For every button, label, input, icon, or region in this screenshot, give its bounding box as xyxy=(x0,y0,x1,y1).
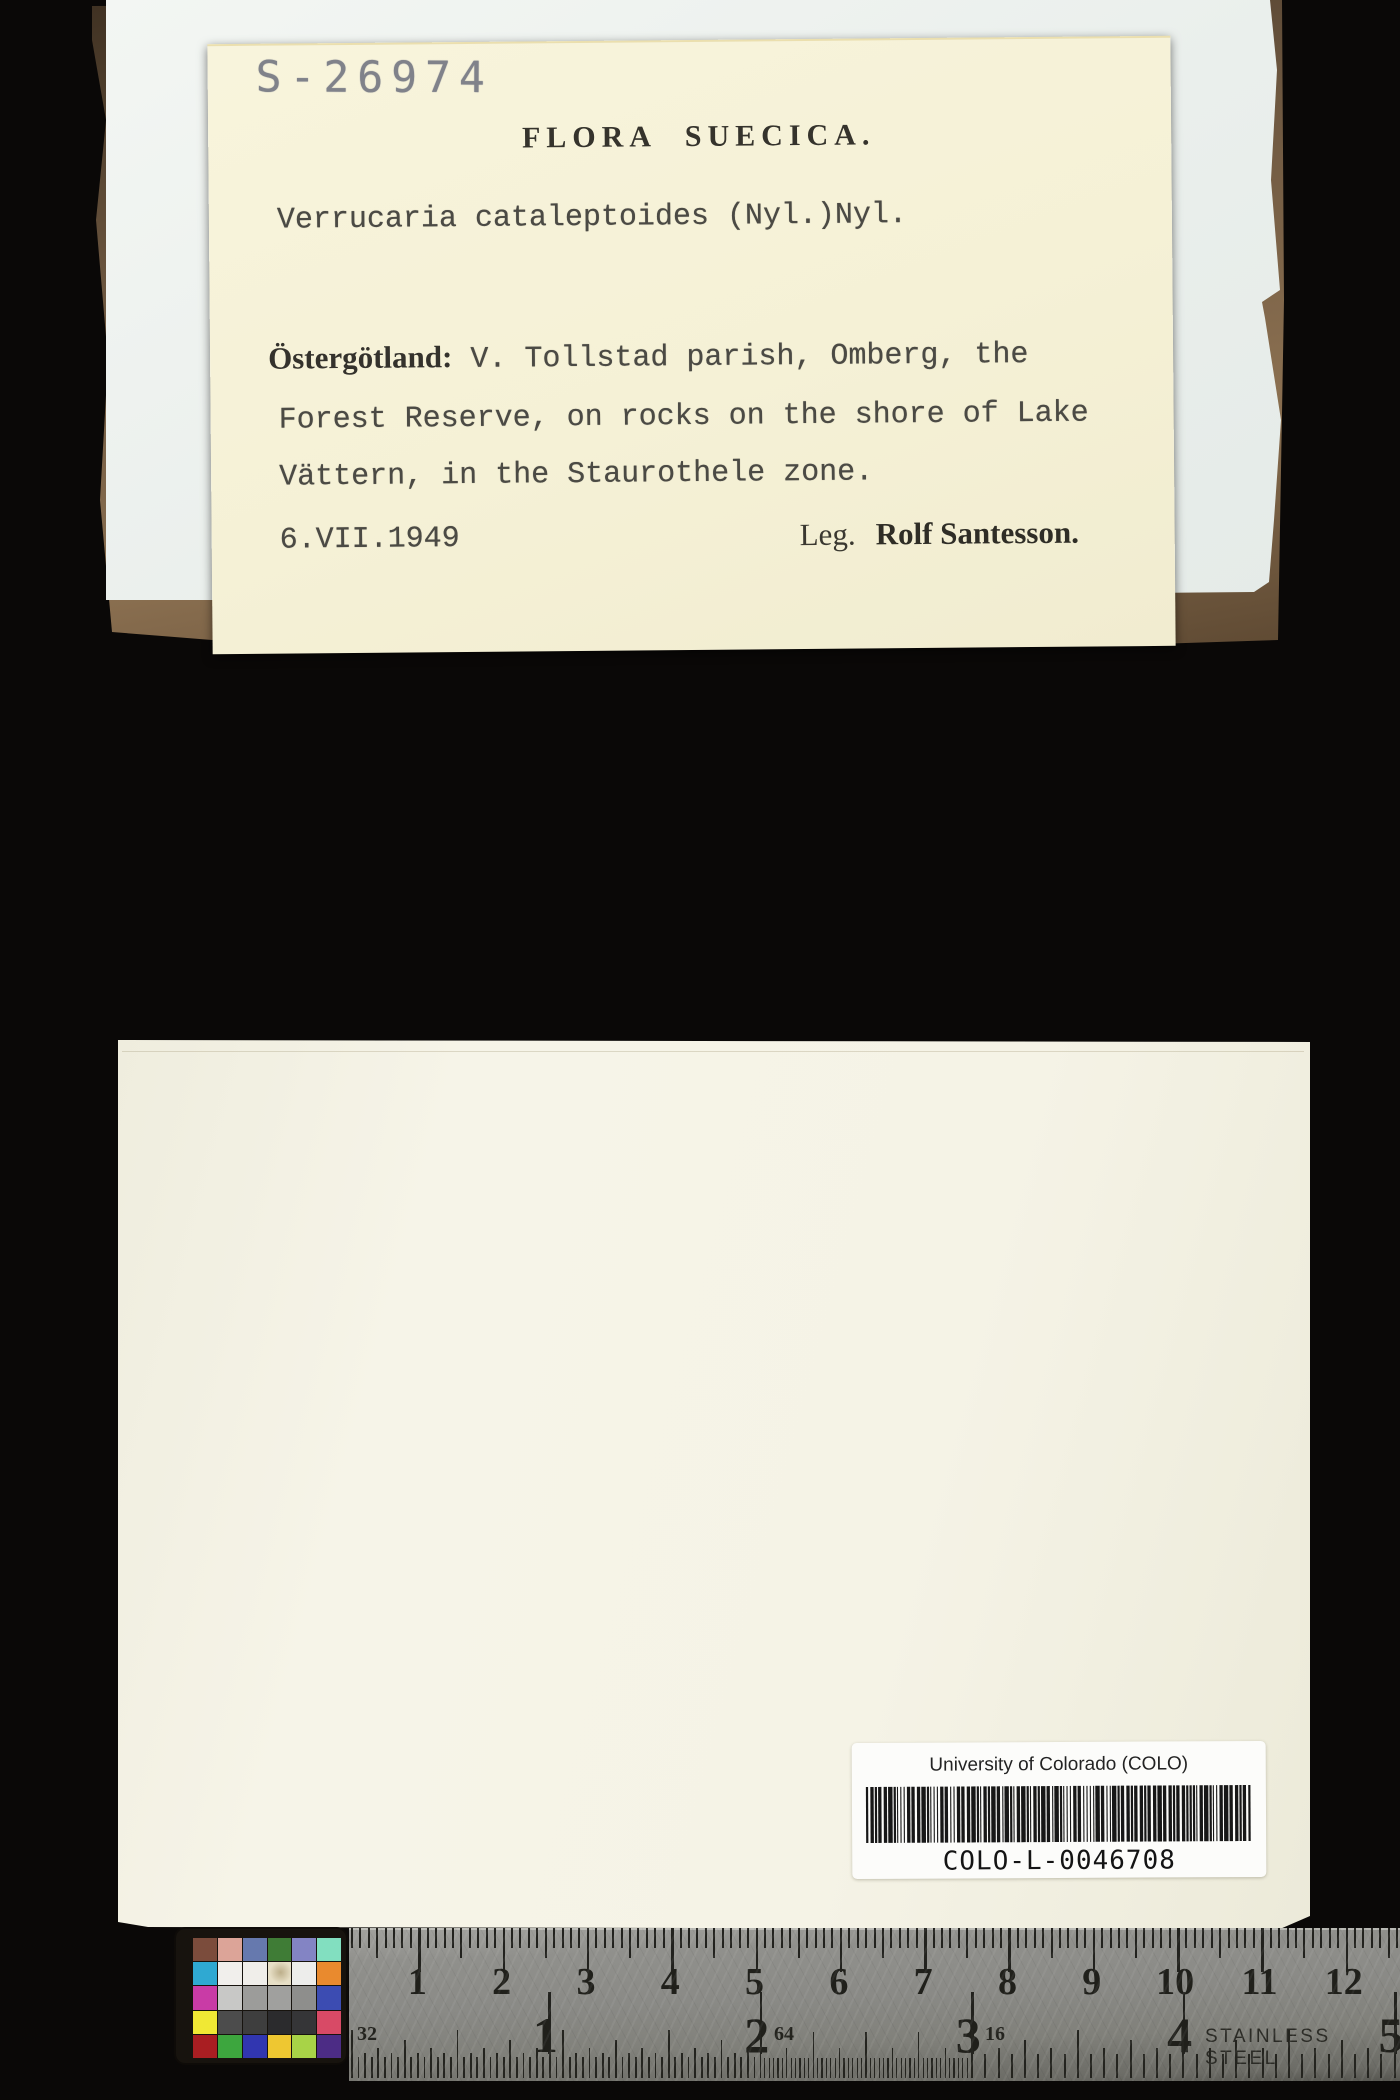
barcode-bar xyxy=(1112,1786,1116,1842)
mm-tick xyxy=(376,1928,378,1958)
mm-tick xyxy=(1320,1928,1322,1948)
barcode-bar xyxy=(1038,1786,1040,1842)
mm-tick xyxy=(410,1928,412,1948)
fraction-tick xyxy=(529,2057,531,2078)
fraction-tick xyxy=(615,2040,617,2078)
barcode-bar xyxy=(972,1786,976,1842)
mm-tick xyxy=(351,1928,353,1948)
barcode-bar xyxy=(1248,1785,1251,1841)
mm-tick xyxy=(1110,1928,1112,1948)
inch-number: 3 xyxy=(956,2006,981,2064)
fraction-tick xyxy=(914,2058,915,2078)
barcode-bar xyxy=(878,1787,882,1843)
fraction-tick xyxy=(769,2058,770,2078)
fraction-tick xyxy=(1011,2054,1013,2078)
cm-number: 12 xyxy=(1325,1960,1363,2004)
mm-tick xyxy=(705,1928,707,1948)
barcode-bar xyxy=(1190,1785,1192,1841)
fraction-tick xyxy=(1064,2054,1066,2078)
mm-tick xyxy=(393,1928,395,1948)
fraction-tick xyxy=(1024,2040,1026,2078)
color-swatch xyxy=(243,1962,267,1985)
color-swatch xyxy=(193,1962,217,1985)
barcode-bar xyxy=(1144,1786,1146,1842)
barcode-bar xyxy=(1224,1785,1228,1841)
mm-tick xyxy=(1329,1928,1331,1948)
fraction-tick xyxy=(1156,2048,1158,2078)
mm-tick xyxy=(578,1928,580,1948)
fraction-tick xyxy=(1116,2054,1118,2078)
mm-tick xyxy=(1354,1928,1356,1948)
fraction-tick xyxy=(1090,2054,1092,2078)
barcode-bar xyxy=(933,1787,935,1843)
barcode-bar xyxy=(903,1787,905,1843)
fraction-tick xyxy=(949,2058,950,2078)
barcode-bar xyxy=(1027,1786,1029,1842)
mm-tick xyxy=(444,1928,446,1948)
locality-block: Östergötland:V. Tollstad parish, Omberg,… xyxy=(268,323,1090,507)
barcode-bar xyxy=(1096,1786,1100,1842)
fraction-tick xyxy=(470,2053,472,2078)
barcode xyxy=(866,1785,1294,1843)
fraction-tick xyxy=(509,2040,511,2078)
barcode-bar xyxy=(1069,1786,1071,1842)
locality-text-1: V. Tollstad parish, Omberg, the xyxy=(470,338,1028,377)
fraction-tick xyxy=(569,2057,571,2078)
fraction-tick xyxy=(1380,2054,1382,2078)
fraction-tick xyxy=(1275,2054,1277,2078)
barcode-bar xyxy=(922,1787,926,1843)
mm-tick xyxy=(1287,1928,1289,1948)
fraction-tick xyxy=(424,2057,426,2078)
color-swatch xyxy=(193,1986,217,2009)
mm-tick xyxy=(815,1928,817,1948)
barcode-bar xyxy=(1229,1785,1233,1841)
barcode-bar xyxy=(1083,1786,1085,1842)
fraction-tick xyxy=(848,2058,849,2078)
barcode-bar xyxy=(1109,1786,1111,1842)
fraction-tick xyxy=(523,2053,525,2078)
mm-tick xyxy=(747,1928,749,1948)
fraction-tick xyxy=(826,2058,827,2078)
fraction-tick xyxy=(883,2058,884,2078)
mm-tick xyxy=(486,1928,488,1948)
fraction-tick xyxy=(404,2040,406,2078)
mm-tick xyxy=(1219,1928,1221,1958)
fraction-tick xyxy=(457,2030,459,2078)
barcode-bar xyxy=(1240,1785,1242,1841)
barcode-bar xyxy=(930,1787,932,1843)
fraction-tick xyxy=(1248,2054,1250,2078)
mm-tick xyxy=(469,1928,471,1948)
barcode-bar xyxy=(1139,1786,1143,1842)
fraction-tick xyxy=(967,2058,968,2078)
mm-tick xyxy=(1295,1928,1297,1948)
barcode-bar xyxy=(988,1786,990,1842)
mm-tick xyxy=(713,1928,715,1958)
mm-tick xyxy=(823,1928,825,1948)
barcode-bar xyxy=(1063,1786,1065,1842)
fraction-tick xyxy=(602,2053,604,2078)
color-swatch xyxy=(243,1938,267,1961)
color-swatch xyxy=(243,2011,267,2034)
barcode-bar xyxy=(1204,1785,1208,1841)
fraction-tick xyxy=(589,2048,591,2078)
mm-tick xyxy=(477,1928,479,1948)
barcode-bar xyxy=(961,1786,965,1842)
barcode-bar xyxy=(1041,1786,1045,1842)
institution-name: University of Colorado (COLO) xyxy=(852,1753,1266,1777)
province-label: Östergötland: xyxy=(268,339,453,376)
color-swatch xyxy=(317,1962,341,1985)
barcode-bar xyxy=(1163,1785,1167,1841)
fraction-tick xyxy=(813,2032,814,2078)
mm-tick xyxy=(494,1928,496,1948)
mm-tick xyxy=(907,1928,909,1948)
barcode-bar xyxy=(940,1787,944,1843)
fraction-tick xyxy=(839,2048,840,2078)
mm-tick xyxy=(680,1928,682,1948)
mm-tick xyxy=(612,1928,614,1948)
barcode-bar xyxy=(1147,1786,1151,1842)
fraction-tick xyxy=(791,2058,792,2078)
fraction-tick xyxy=(936,2058,937,2078)
barcode-bar xyxy=(945,1787,949,1843)
fraction-tick xyxy=(655,2053,657,2078)
mm-tick xyxy=(975,1928,977,1948)
fraction-tick xyxy=(984,2054,986,2078)
barcode-bar xyxy=(1121,1786,1125,1842)
mm-tick xyxy=(536,1928,538,1948)
fraction-tick xyxy=(490,2057,492,2078)
fraction-tick xyxy=(377,2048,379,2078)
barcode-bar xyxy=(1216,1785,1218,1841)
fraction-tick xyxy=(962,2058,963,2078)
fraction-tick xyxy=(1130,2040,1132,2078)
mm-tick xyxy=(806,1928,808,1948)
mm-tick xyxy=(772,1928,774,1948)
mm-tick xyxy=(831,1928,833,1948)
barcode-bar xyxy=(1158,1785,1162,1841)
color-calibration-chart xyxy=(176,1929,346,2063)
barcode-bar xyxy=(894,1787,896,1843)
barcode-bar xyxy=(900,1787,902,1843)
color-swatch xyxy=(218,1938,242,1961)
fraction-tick xyxy=(674,2057,676,2078)
fraction-tick xyxy=(795,2058,796,2078)
mm-tick xyxy=(604,1928,606,1948)
barcode-bar xyxy=(1060,1786,1062,1842)
mm-tick xyxy=(781,1928,783,1948)
fraction-tick xyxy=(397,2057,399,2078)
cm-number: 6 xyxy=(829,1960,848,2004)
mm-tick xyxy=(1303,1928,1305,1958)
mm-tick xyxy=(1379,1928,1381,1948)
mm-tick xyxy=(916,1928,918,1948)
barcode-bar xyxy=(1219,1785,1223,1841)
cm-number: 7 xyxy=(914,1960,933,2004)
fraction-tick xyxy=(384,2057,386,2078)
fraction-tick xyxy=(1077,2030,1079,2078)
mm-tick xyxy=(958,1928,960,1948)
fraction-tick xyxy=(971,2030,973,2078)
fraction-tick xyxy=(870,2058,871,2078)
barcode-bar xyxy=(927,1787,929,1843)
mm-tick xyxy=(882,1928,884,1958)
fraction-tick xyxy=(1235,2040,1237,2078)
mm-tick xyxy=(1169,1928,1171,1948)
cm-number: 9 xyxy=(1082,1960,1101,2004)
mm-tick xyxy=(1270,1928,1272,1948)
color-swatch xyxy=(292,1962,316,1985)
fraction-tick xyxy=(896,2058,897,2078)
label-title: FLORA SUECICA. xyxy=(217,116,1180,158)
color-swatch xyxy=(292,2011,316,2034)
mm-tick xyxy=(1135,1928,1137,1958)
mm-tick xyxy=(1143,1928,1145,1948)
cm-number: 10 xyxy=(1156,1960,1194,2004)
fraction-tick xyxy=(998,2048,1000,2078)
fraction-tick xyxy=(857,2058,858,2078)
fraction-tick xyxy=(764,2058,765,2078)
mm-tick xyxy=(1396,1928,1398,1948)
mm-tick xyxy=(1278,1928,1280,1948)
fraction-tick xyxy=(575,2053,577,2078)
fraction-tick xyxy=(1182,2030,1184,2078)
mm-tick xyxy=(1244,1928,1246,1948)
fraction-tick xyxy=(1196,2054,1198,2078)
mm-tick xyxy=(1362,1928,1364,1948)
mm-tick xyxy=(857,1928,859,1948)
specimen-photo-stage: S-26974 FLORA SUECICA. Verrucaria catale… xyxy=(0,0,1400,2100)
mm-tick xyxy=(949,1928,951,1948)
mm-tick xyxy=(1000,1928,1002,1948)
mm-tick xyxy=(545,1928,547,1958)
species-name: Verrucaria cataleptoides (Nyl.)Nyl. xyxy=(277,198,907,237)
fraction-tick xyxy=(1262,2048,1264,2078)
fraction-tick xyxy=(556,2057,558,2078)
fraction-tick xyxy=(760,2032,761,2078)
barcode-bar xyxy=(1126,1786,1130,1842)
fraction-tick xyxy=(503,2057,505,2078)
fraction-tick xyxy=(1367,2048,1369,2078)
fraction-tick xyxy=(417,2053,419,2078)
barcode-bar xyxy=(936,1787,938,1843)
fraction-tick xyxy=(861,2058,862,2078)
mm-tick xyxy=(385,1928,387,1948)
barcode-bar xyxy=(897,1787,899,1843)
mm-tick xyxy=(1025,1928,1027,1948)
barcode-bar xyxy=(1052,1786,1054,1842)
barcode-bar xyxy=(917,1787,921,1843)
barcode-bar xyxy=(1186,1785,1188,1841)
mm-tick xyxy=(865,1928,867,1948)
fraction-tick xyxy=(953,2058,954,2078)
fraction-tick xyxy=(582,2057,584,2078)
fraction-tick xyxy=(865,2032,866,2078)
color-swatch xyxy=(268,1986,292,2009)
fraction-tick xyxy=(483,2048,485,2078)
color-swatch xyxy=(317,1986,341,2009)
mm-tick xyxy=(595,1928,597,1948)
fraction-tick xyxy=(707,2053,709,2078)
mm-tick xyxy=(899,1928,901,1948)
fraction-tick xyxy=(918,2032,919,2078)
barcode-bar xyxy=(1086,1786,1088,1842)
barcode-bar xyxy=(977,1786,979,1842)
barcode-bar xyxy=(906,1787,910,1843)
mm-tick xyxy=(1017,1928,1019,1948)
fraction-tick xyxy=(1143,2054,1145,2078)
fraction-tick xyxy=(648,2057,650,2078)
fraction-tick xyxy=(516,2057,518,2078)
barcode-bar xyxy=(1093,1786,1095,1842)
color-swatch xyxy=(317,2035,341,2058)
mm-tick xyxy=(435,1928,437,1948)
mm-tick xyxy=(1034,1928,1036,1948)
barcode-bar xyxy=(1078,1786,1082,1842)
color-swatch xyxy=(268,2035,292,2058)
fraction-label-16: 16 xyxy=(985,2023,1005,2046)
fraction-tick xyxy=(701,2057,703,2078)
mm-tick xyxy=(1051,1928,1053,1958)
barcode-bar xyxy=(1073,1786,1077,1842)
fraction-tick xyxy=(1222,2054,1224,2078)
mm-tick xyxy=(1388,1928,1390,1958)
color-swatch xyxy=(243,2035,267,2058)
mm-tick xyxy=(452,1928,454,1948)
fraction-tick xyxy=(909,2058,910,2078)
fraction-tick xyxy=(496,2053,498,2078)
fraction-tick xyxy=(437,2057,439,2078)
barcode-bar xyxy=(997,1786,1001,1842)
mm-tick xyxy=(874,1928,876,1948)
barcode-bar xyxy=(1106,1786,1108,1842)
fraction-tick xyxy=(391,2053,393,2078)
mm-tick xyxy=(1101,1928,1103,1948)
mm-tick xyxy=(696,1928,698,1948)
locality-line-2: Forest Reserve, on rocks on the shore of… xyxy=(278,386,1089,450)
color-swatch xyxy=(218,2035,242,2058)
fraction-tick xyxy=(754,2057,756,2078)
fraction-tick xyxy=(351,2030,353,2078)
fraction-tick xyxy=(1209,2048,1211,2078)
collector-row: Leg.Rolf Santesson. xyxy=(800,515,1080,553)
color-swatch xyxy=(292,1986,316,2009)
mm-tick xyxy=(1337,1928,1339,1948)
mm-tick xyxy=(511,1928,513,1948)
mm-tick xyxy=(1236,1928,1238,1948)
fraction-tick xyxy=(821,2058,822,2078)
fraction-tick xyxy=(777,2058,778,2078)
color-swatch xyxy=(292,1938,316,1961)
fraction-tick xyxy=(714,2057,716,2078)
fraction-tick xyxy=(450,2057,452,2078)
barcode-bar xyxy=(1016,1786,1020,1842)
collection-date: 6.VII.1949 xyxy=(280,522,460,558)
fraction-tick xyxy=(734,2053,736,2078)
barcode-bar xyxy=(1234,1785,1238,1841)
fraction-tick xyxy=(1314,2048,1316,2078)
fraction-tick xyxy=(747,2048,749,2078)
mm-tick xyxy=(460,1928,462,1958)
fraction-tick xyxy=(536,2048,538,2078)
barcode-bar xyxy=(1168,1785,1172,1841)
barcode-bar xyxy=(991,1786,995,1842)
cm-number: 2 xyxy=(492,1960,511,2004)
fraction-tick xyxy=(1328,2054,1330,2078)
barcode-bar xyxy=(1002,1786,1004,1842)
barcode-bar xyxy=(953,1787,955,1843)
mm-tick xyxy=(1194,1928,1196,1948)
mm-tick xyxy=(1126,1928,1128,1948)
fraction-tick xyxy=(905,2058,906,2078)
mm-tick xyxy=(890,1928,892,1948)
barcode-bar xyxy=(1030,1786,1032,1842)
mm-tick xyxy=(359,1928,361,1948)
fraction-tick xyxy=(358,2057,360,2078)
color-swatch xyxy=(243,1986,267,2009)
color-swatch xyxy=(193,2011,217,2034)
fraction-tick xyxy=(476,2057,478,2078)
fraction-tick xyxy=(923,2058,924,2078)
fraction-tick xyxy=(804,2058,805,2078)
fraction-label-32: 32 xyxy=(357,2023,377,2046)
barcode-bar xyxy=(980,1786,982,1842)
fraction-tick xyxy=(443,2053,445,2078)
fraction-tick xyxy=(940,2058,941,2078)
fraction-tick xyxy=(549,2053,551,2078)
fraction-tick xyxy=(364,2053,366,2078)
mm-tick xyxy=(983,1928,985,1948)
mm-tick xyxy=(1152,1928,1154,1948)
fraction-tick xyxy=(1301,2054,1303,2078)
barcode-bar xyxy=(1193,1785,1195,1841)
fraction-tick xyxy=(681,2053,683,2078)
cm-number: 11 xyxy=(1242,1960,1278,2004)
fraction-tick xyxy=(901,2058,902,2078)
barcode-bar xyxy=(1213,1785,1215,1841)
mm-tick xyxy=(1211,1928,1213,1948)
fraction-tick xyxy=(628,2053,630,2078)
mm-tick xyxy=(562,1928,564,1948)
mm-tick xyxy=(941,1928,943,1948)
fraction-tick xyxy=(430,2048,432,2078)
fraction-tick xyxy=(931,2058,932,2078)
barcode-bar xyxy=(1173,1785,1175,1841)
fraction-tick xyxy=(786,2048,787,2078)
fraction-tick xyxy=(668,2030,670,2078)
fraction-tick xyxy=(958,2058,959,2078)
color-swatch xyxy=(193,1938,217,1961)
specimen-label-card: S-26974 FLORA SUECICA. Verrucaria catale… xyxy=(207,36,1175,654)
color-swatch xyxy=(268,1938,292,1961)
barcode-bar xyxy=(1176,1785,1180,1841)
barcode-bar xyxy=(1055,1786,1059,1842)
fraction-tick xyxy=(879,2058,880,2078)
barcode-bar xyxy=(1005,1786,1009,1842)
fraction-tick xyxy=(635,2057,637,2078)
fraction-tick xyxy=(817,2058,818,2078)
mm-tick xyxy=(368,1928,370,1948)
mm-tick xyxy=(1076,1928,1078,1948)
fraction-tick xyxy=(694,2048,696,2078)
fraction-tick xyxy=(1341,2040,1343,2078)
barcode-bar xyxy=(1021,1786,1025,1842)
barcode-bar xyxy=(1013,1786,1015,1842)
locality-line-1: Östergötland:V. Tollstad parish, Omberg,… xyxy=(268,323,1089,393)
mm-tick xyxy=(519,1928,521,1948)
